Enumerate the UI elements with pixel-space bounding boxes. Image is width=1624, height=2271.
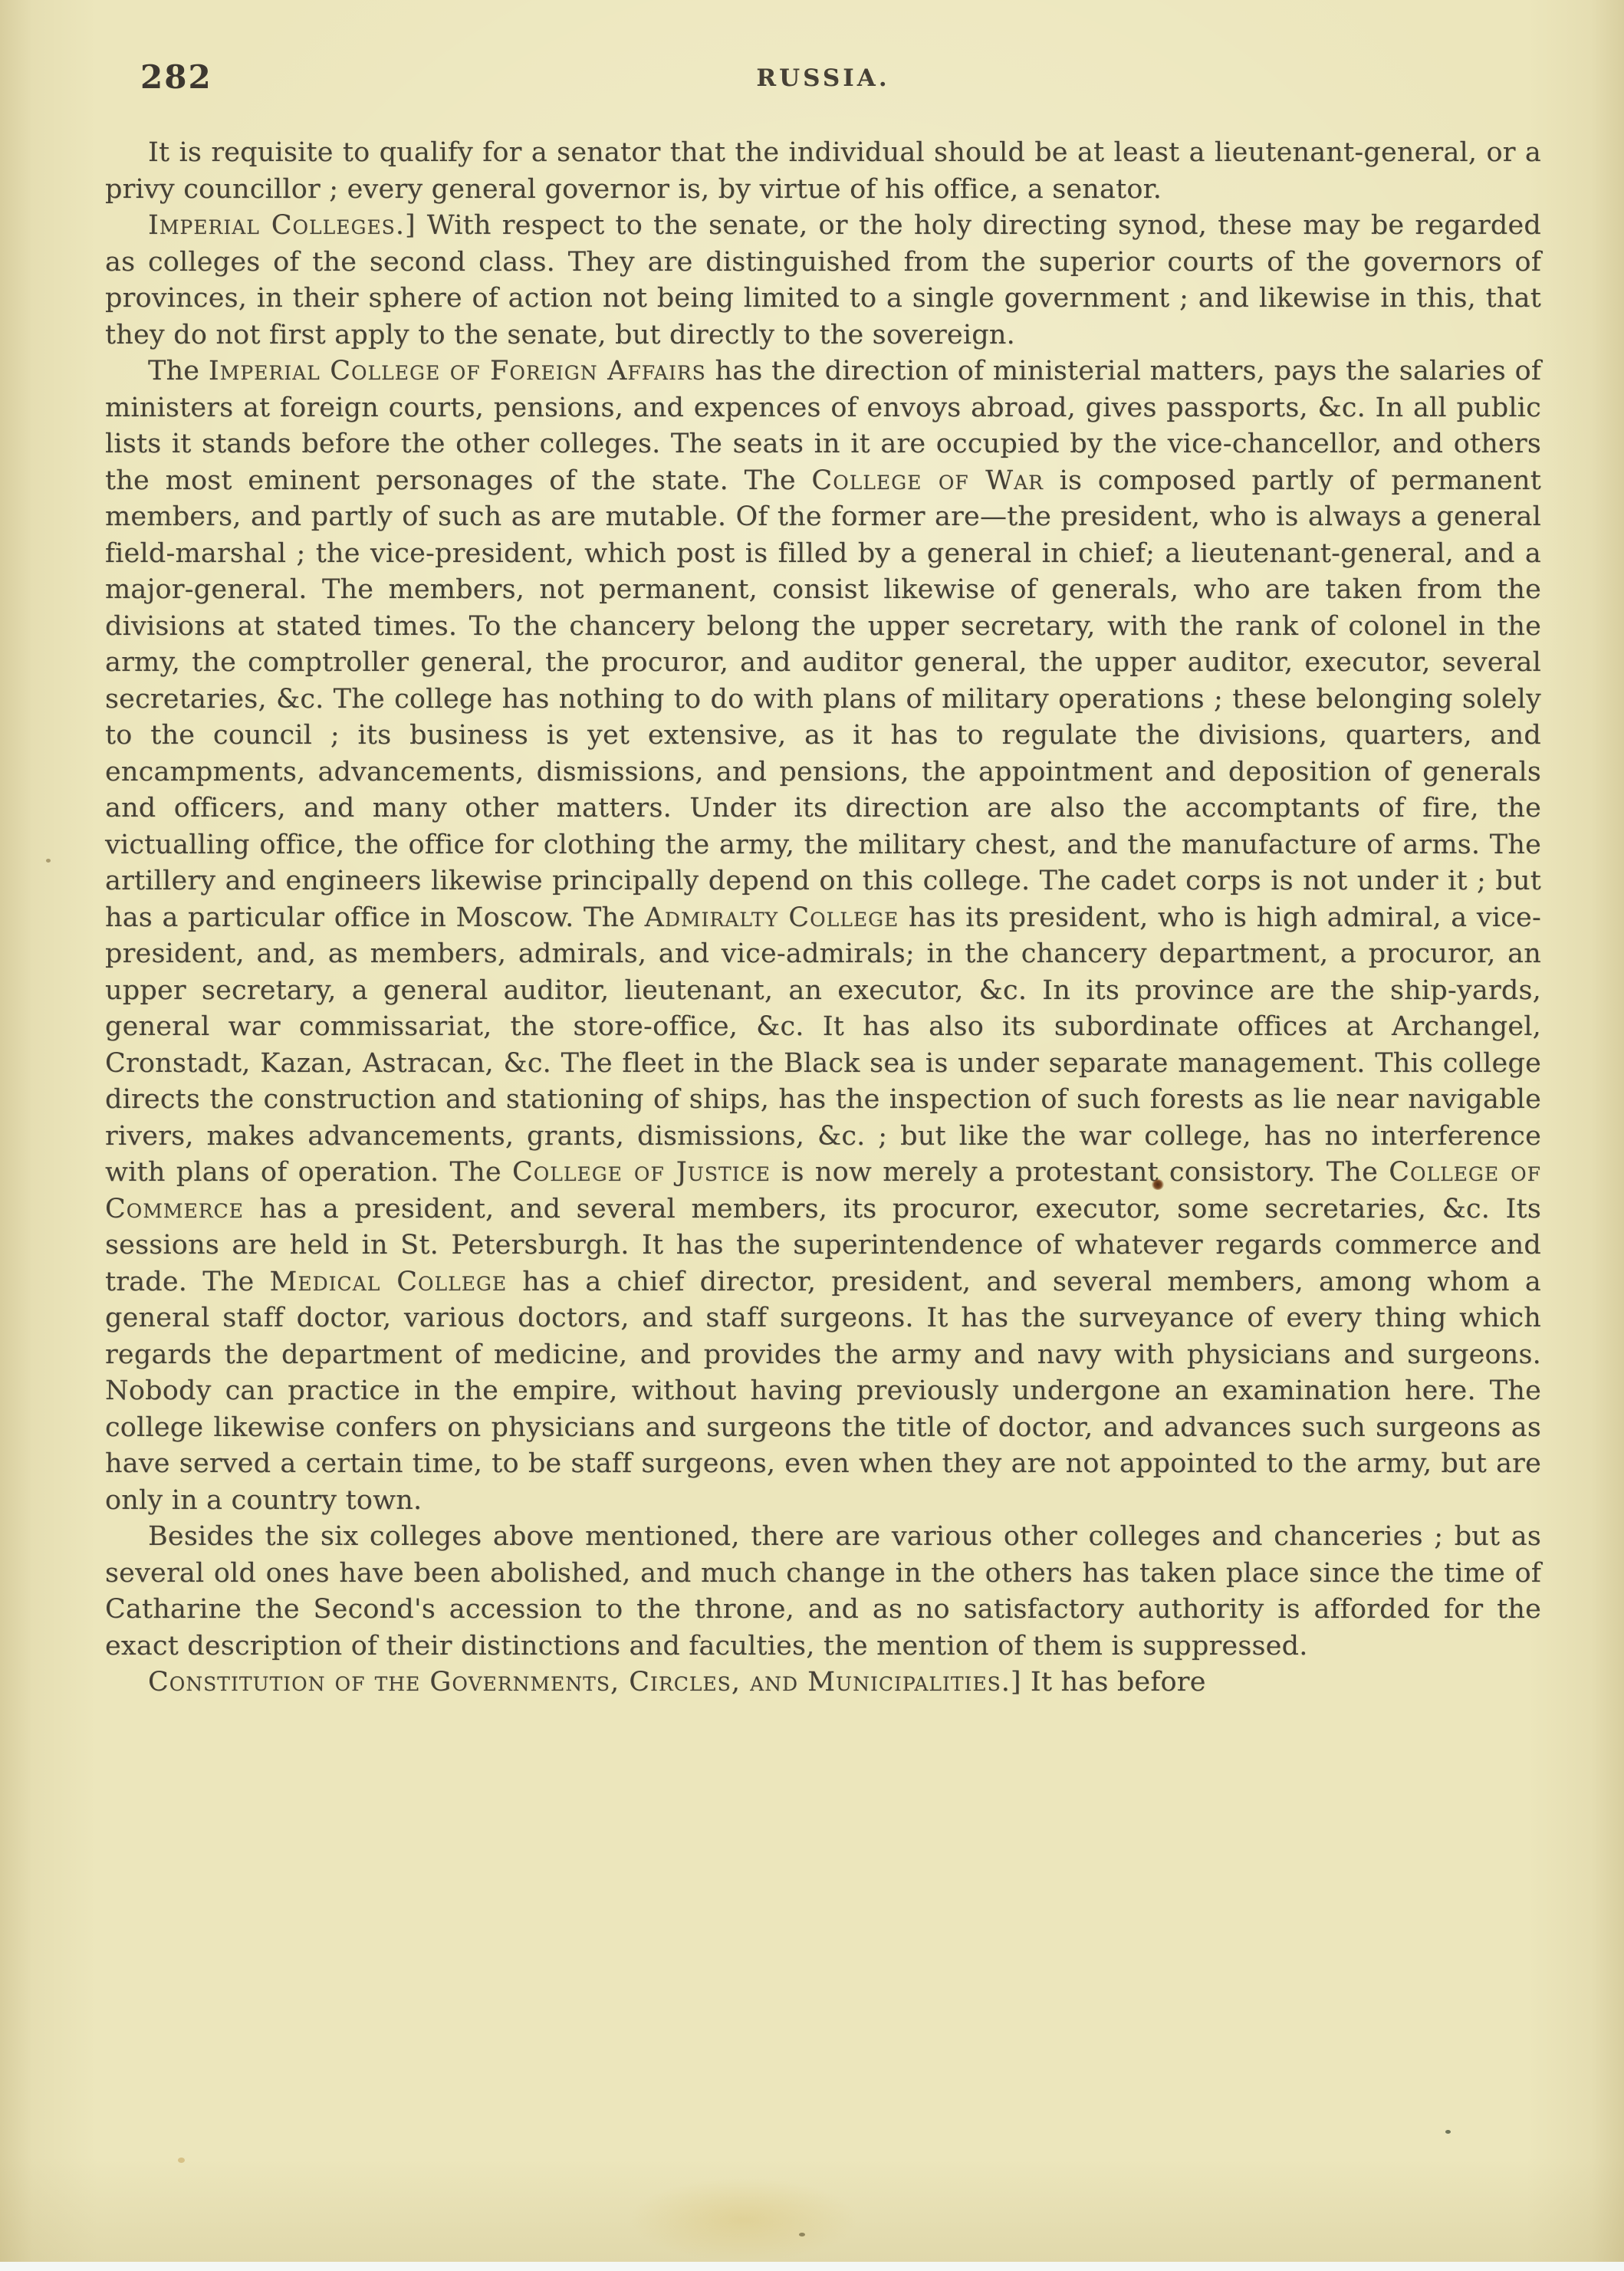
smallcaps-run: Medical College bbox=[270, 1267, 508, 1297]
text-run: It has before bbox=[1022, 1667, 1206, 1697]
paragraph: Besides the six colleges above mentioned… bbox=[105, 1519, 1541, 1665]
paper-stain bbox=[629, 2177, 859, 2262]
smallcaps-run: Imperial College of Foreign Affairs bbox=[209, 356, 706, 386]
paper-speck bbox=[1445, 2130, 1451, 2134]
smallcaps-run: Admiralty College bbox=[645, 902, 899, 933]
smallcaps-run: Constitution of the Governments, Circles… bbox=[148, 1667, 1022, 1697]
text-run: The bbox=[148, 356, 209, 386]
page-text: It is requisite to qualify for a senator… bbox=[105, 135, 1541, 1701]
paper-speck bbox=[178, 2158, 185, 2163]
text-run: It is requisite to qualify for a senator… bbox=[105, 137, 1541, 205]
text-run: is composed partly of permanent members,… bbox=[105, 465, 1541, 933]
paragraph: The Imperial College of Foreign Affairs … bbox=[105, 353, 1541, 1519]
running-head: RUSSIA. bbox=[105, 64, 1541, 92]
paper-speck bbox=[799, 2233, 805, 2236]
scan-bottom-edge bbox=[0, 2262, 1624, 2271]
paragraph: Constitution of the Governments, Circles… bbox=[105, 1665, 1541, 1701]
smallcaps-run: Imperial Colleges.] bbox=[148, 210, 416, 241]
text-run: is now merely a protestant consistory. T… bbox=[771, 1157, 1389, 1188]
text-run: Besides the six colleges above mentioned… bbox=[105, 1521, 1541, 1661]
ink-blot bbox=[1152, 1179, 1164, 1190]
smallcaps-run: College of War bbox=[811, 465, 1044, 496]
paragraph: Imperial Colleges.] With respect to the … bbox=[105, 208, 1541, 353]
paragraph: It is requisite to qualify for a senator… bbox=[105, 135, 1541, 208]
paper-speck bbox=[46, 859, 51, 863]
text-run: has its president, who is high admiral, … bbox=[105, 902, 1541, 1188]
book-page-scan: 282 RUSSIA. It is requisite to qualify f… bbox=[0, 0, 1624, 2271]
smallcaps-run: College of Justice bbox=[512, 1157, 771, 1188]
text-run: has a chief director, president, and sev… bbox=[105, 1267, 1541, 1516]
